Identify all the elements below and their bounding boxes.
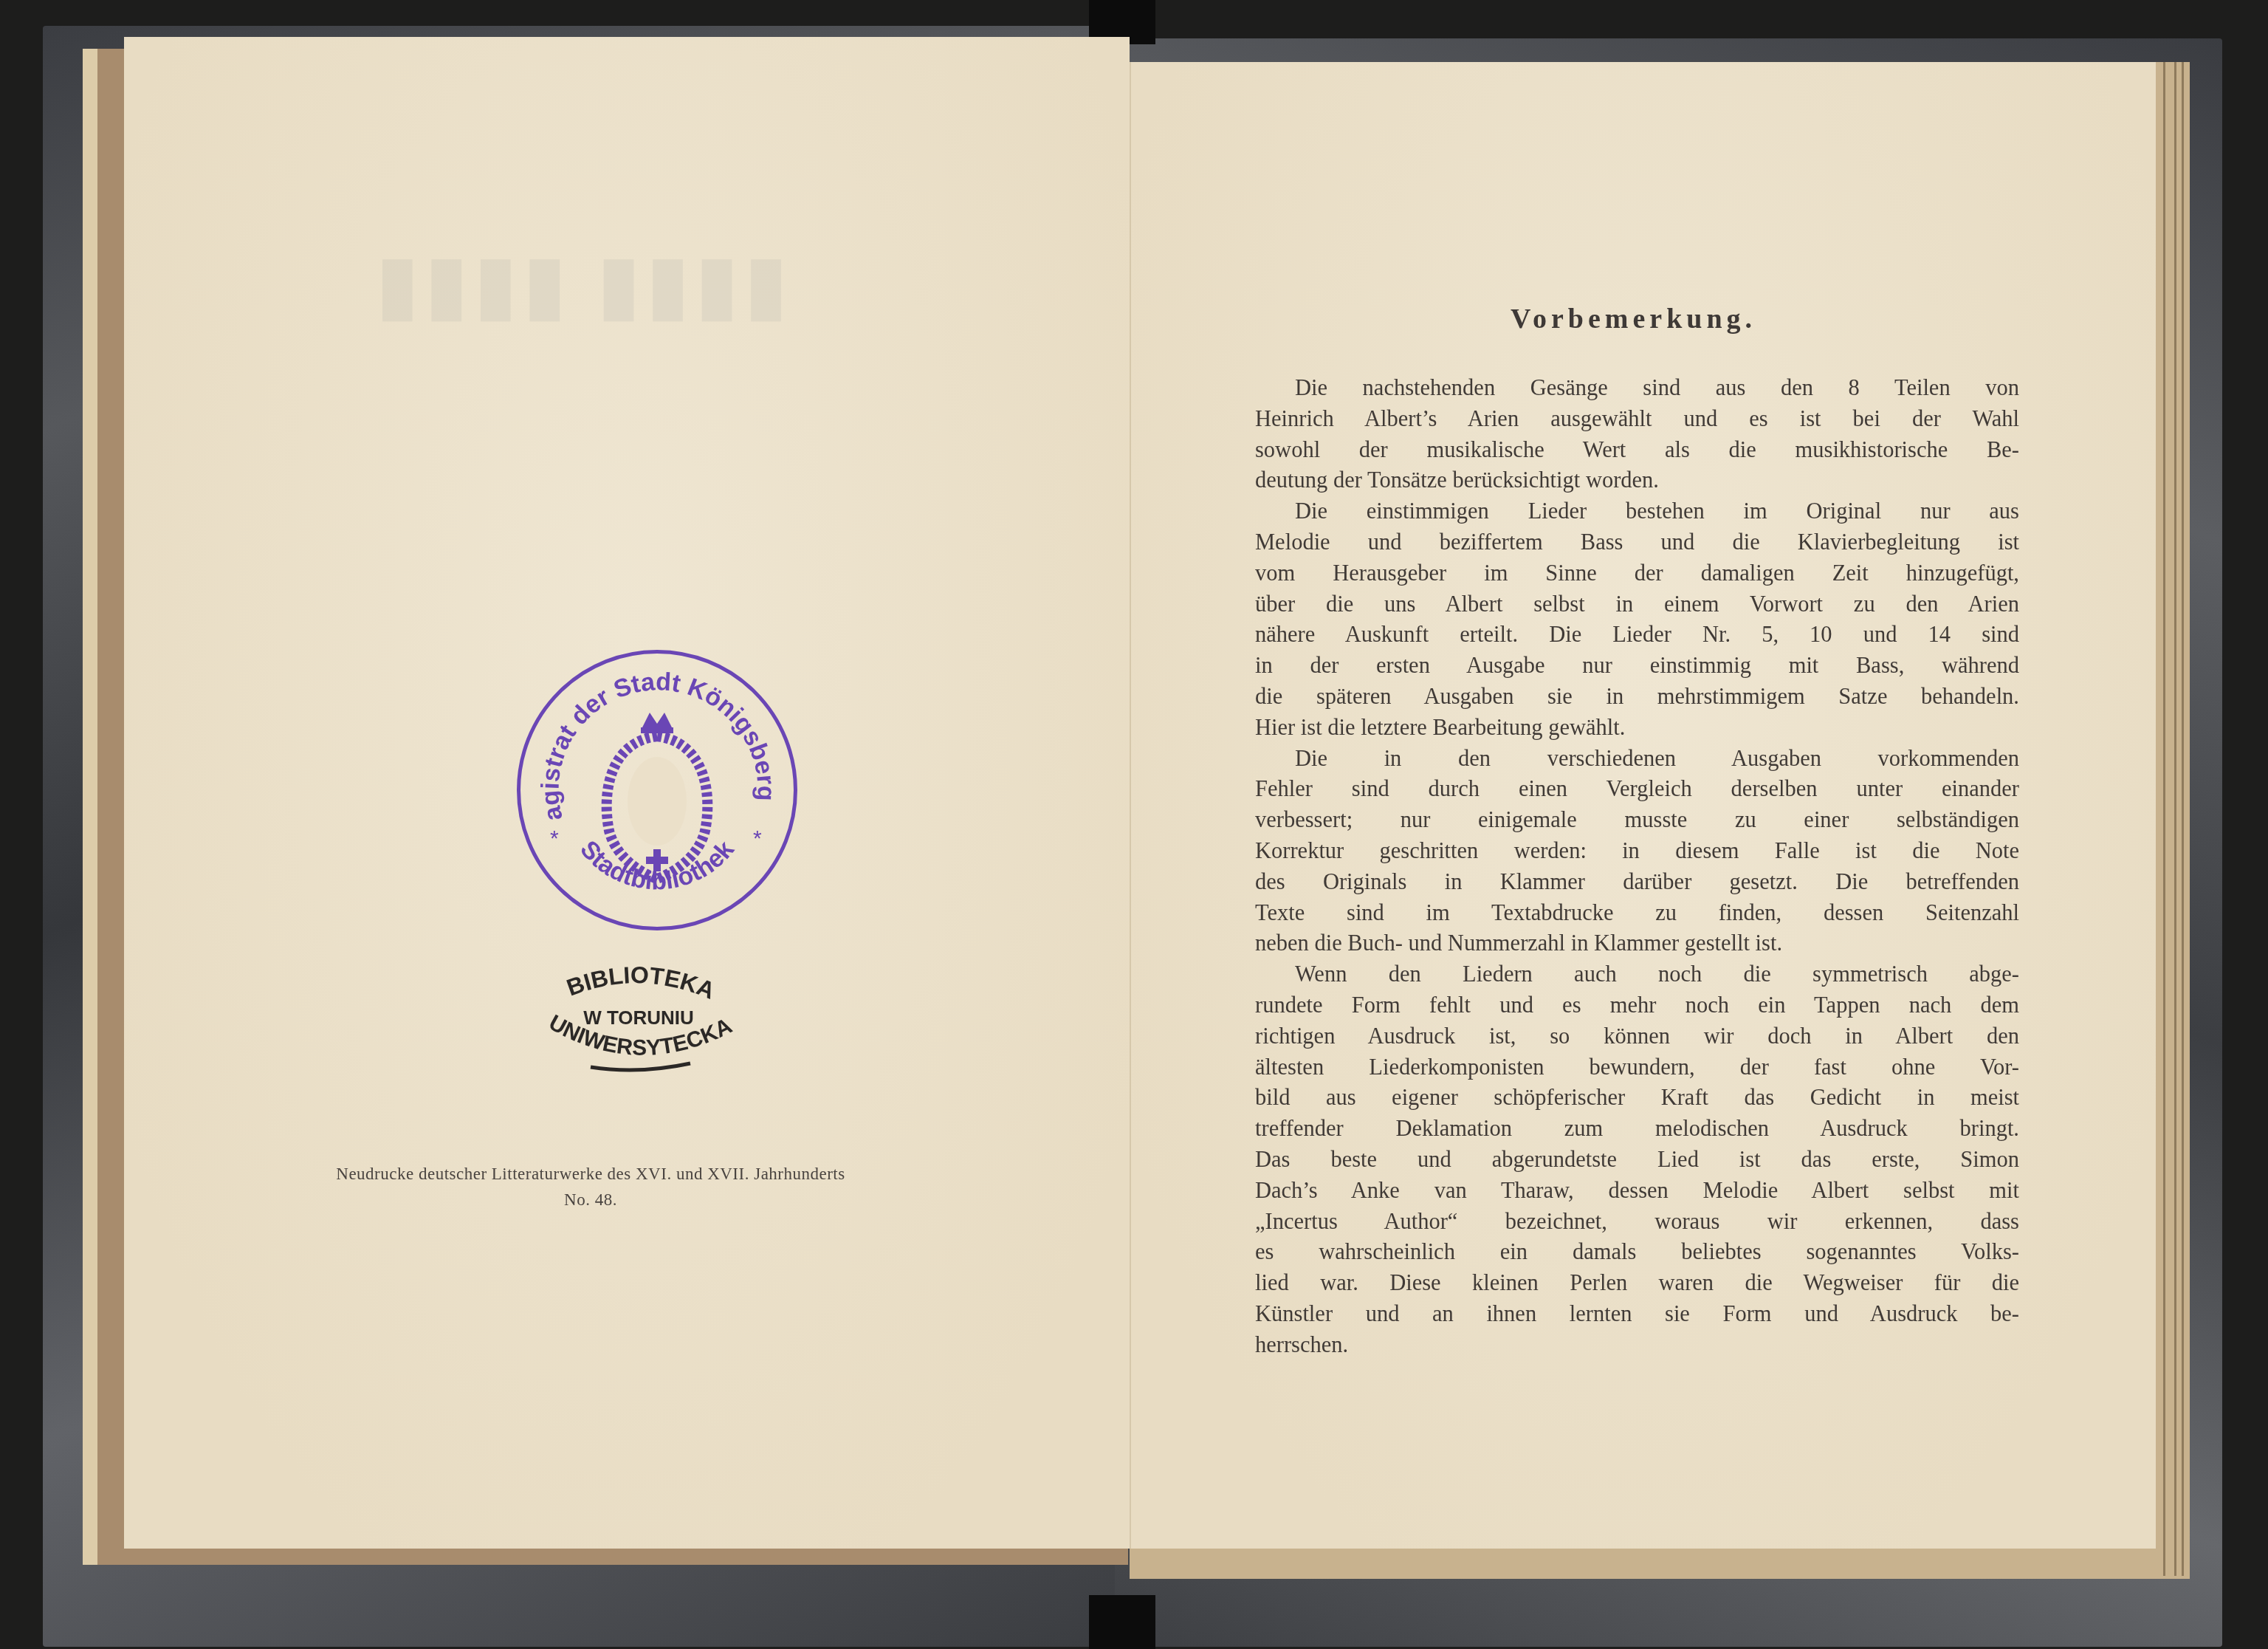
text-line: Texte sind im Textabdrucke zu finden, de… — [1255, 898, 2019, 929]
stamp-emblem-icon: Magistrat der Stadt Königsberg Pr. Stadt… — [520, 654, 794, 927]
text-line: ältesten Liederkomponisten bewundern, de… — [1255, 1052, 2019, 1083]
text-line: Künstler und an ihnen lernten sie Form u… — [1255, 1299, 2019, 1330]
text-line: Die nachstehenden Gesänge sind aus den 8… — [1255, 373, 2019, 404]
preface-body: Die nachstehenden Gesänge sind aus den 8… — [1255, 373, 2019, 1361]
text-line: bild aus eigener schöpferischer Kraft da… — [1255, 1083, 2019, 1114]
text-line: Hier ist die letztere Bearbeitung gewähl… — [1255, 713, 2019, 744]
series-title: Neudrucke deutscher Litteraturwerke des … — [221, 1165, 960, 1184]
text-line: rundete Form fehlt und es mehr noch ein … — [1255, 990, 2019, 1021]
text-line: über die uns Albert selbst in einem Vorw… — [1255, 589, 2019, 620]
text-line: Melodie und beziffertem Bass und die Kla… — [1255, 527, 2019, 558]
series-number: No. 48. — [221, 1190, 960, 1210]
text-line: es wahrscheinlich ein damals beliebtes s… — [1255, 1237, 2019, 1268]
text-line: Die einstimmigen Lieder bestehen im Orig… — [1255, 496, 2019, 527]
page-edge-line — [2174, 62, 2176, 1576]
page-block-edge-left — [83, 49, 97, 1565]
text-line: „Incertus Author“ bezeichnet, woraus wir… — [1255, 1207, 2019, 1238]
page-edge-line — [2182, 62, 2184, 1576]
text-line: deutung der Tonsätze berücksichtigt word… — [1255, 465, 2019, 496]
library-stamp-torun: BIBLIOTEKA W TORUNIU UNIWERSYTECKA — [532, 956, 746, 1074]
show-through-text: ▮▮▮▮ ▮▮▮▮ — [375, 236, 793, 332]
text-line: sowohl der musikalische Wert als die mus… — [1255, 435, 2019, 466]
text-line: treffender Deklamation zum melodischen A… — [1255, 1114, 2019, 1145]
text-line: Das beste und abgerundetste Lied ist das… — [1255, 1145, 2019, 1176]
text-line: des Originals in Klammer darüber gesetzt… — [1255, 867, 2019, 898]
page-edge-line — [2163, 62, 2165, 1576]
text-line: Fehler sind durch einen Vergleich dersel… — [1255, 774, 2019, 805]
text-line: nähere Auskunft erteilt. Die Lieder Nr. … — [1255, 620, 2019, 651]
text-line: herrschen. — [1255, 1330, 2019, 1361]
svg-text:BIBLIOTEKA: BIBLIOTEKA — [563, 961, 718, 1004]
text-line: in der ersten Ausgabe nur einstimmig mit… — [1255, 651, 2019, 682]
text-line: neben die Buch- und Nummerzahl in Klamme… — [1255, 928, 2019, 959]
page-heading: Vorbemerkung. — [1240, 303, 2027, 335]
text-line: vom Herausgeber im Sinne der damaligen Z… — [1255, 558, 2019, 589]
svg-text:W TORUNIU: W TORUNIU — [583, 1007, 694, 1029]
text-line: Heinrich Albert’s Arien ausgewählt und e… — [1255, 404, 2019, 435]
text-line: Wenn den Liedern auch noch die symmetris… — [1255, 959, 2019, 990]
text-line: Korrektur geschritten werden: in diesem … — [1255, 836, 2019, 867]
text-line: richtigen Ausdruck ist, so können wir do… — [1255, 1021, 2019, 1052]
text-line: Dach’s Anke van Tharaw, dessen Melodie A… — [1255, 1176, 2019, 1207]
gutter-fold — [1130, 62, 1131, 1549]
spine-shadow-bottom — [1089, 1595, 1155, 1649]
text-line: die späteren Ausgaben sie in mehrstimmig… — [1255, 682, 2019, 713]
text-line: verbessert; nur einigemale musste zu ein… — [1255, 805, 2019, 836]
text-line: lied war. Diese kleinen Perlen waren die… — [1255, 1268, 2019, 1299]
library-stamp-konigsberg: Magistrat der Stadt Königsberg Pr. Stadt… — [517, 650, 797, 930]
svg-text:*: * — [550, 826, 559, 851]
text-line: Die in den verschiedenen Ausgaben vorkom… — [1255, 744, 2019, 775]
svg-text:*: * — [753, 826, 762, 851]
